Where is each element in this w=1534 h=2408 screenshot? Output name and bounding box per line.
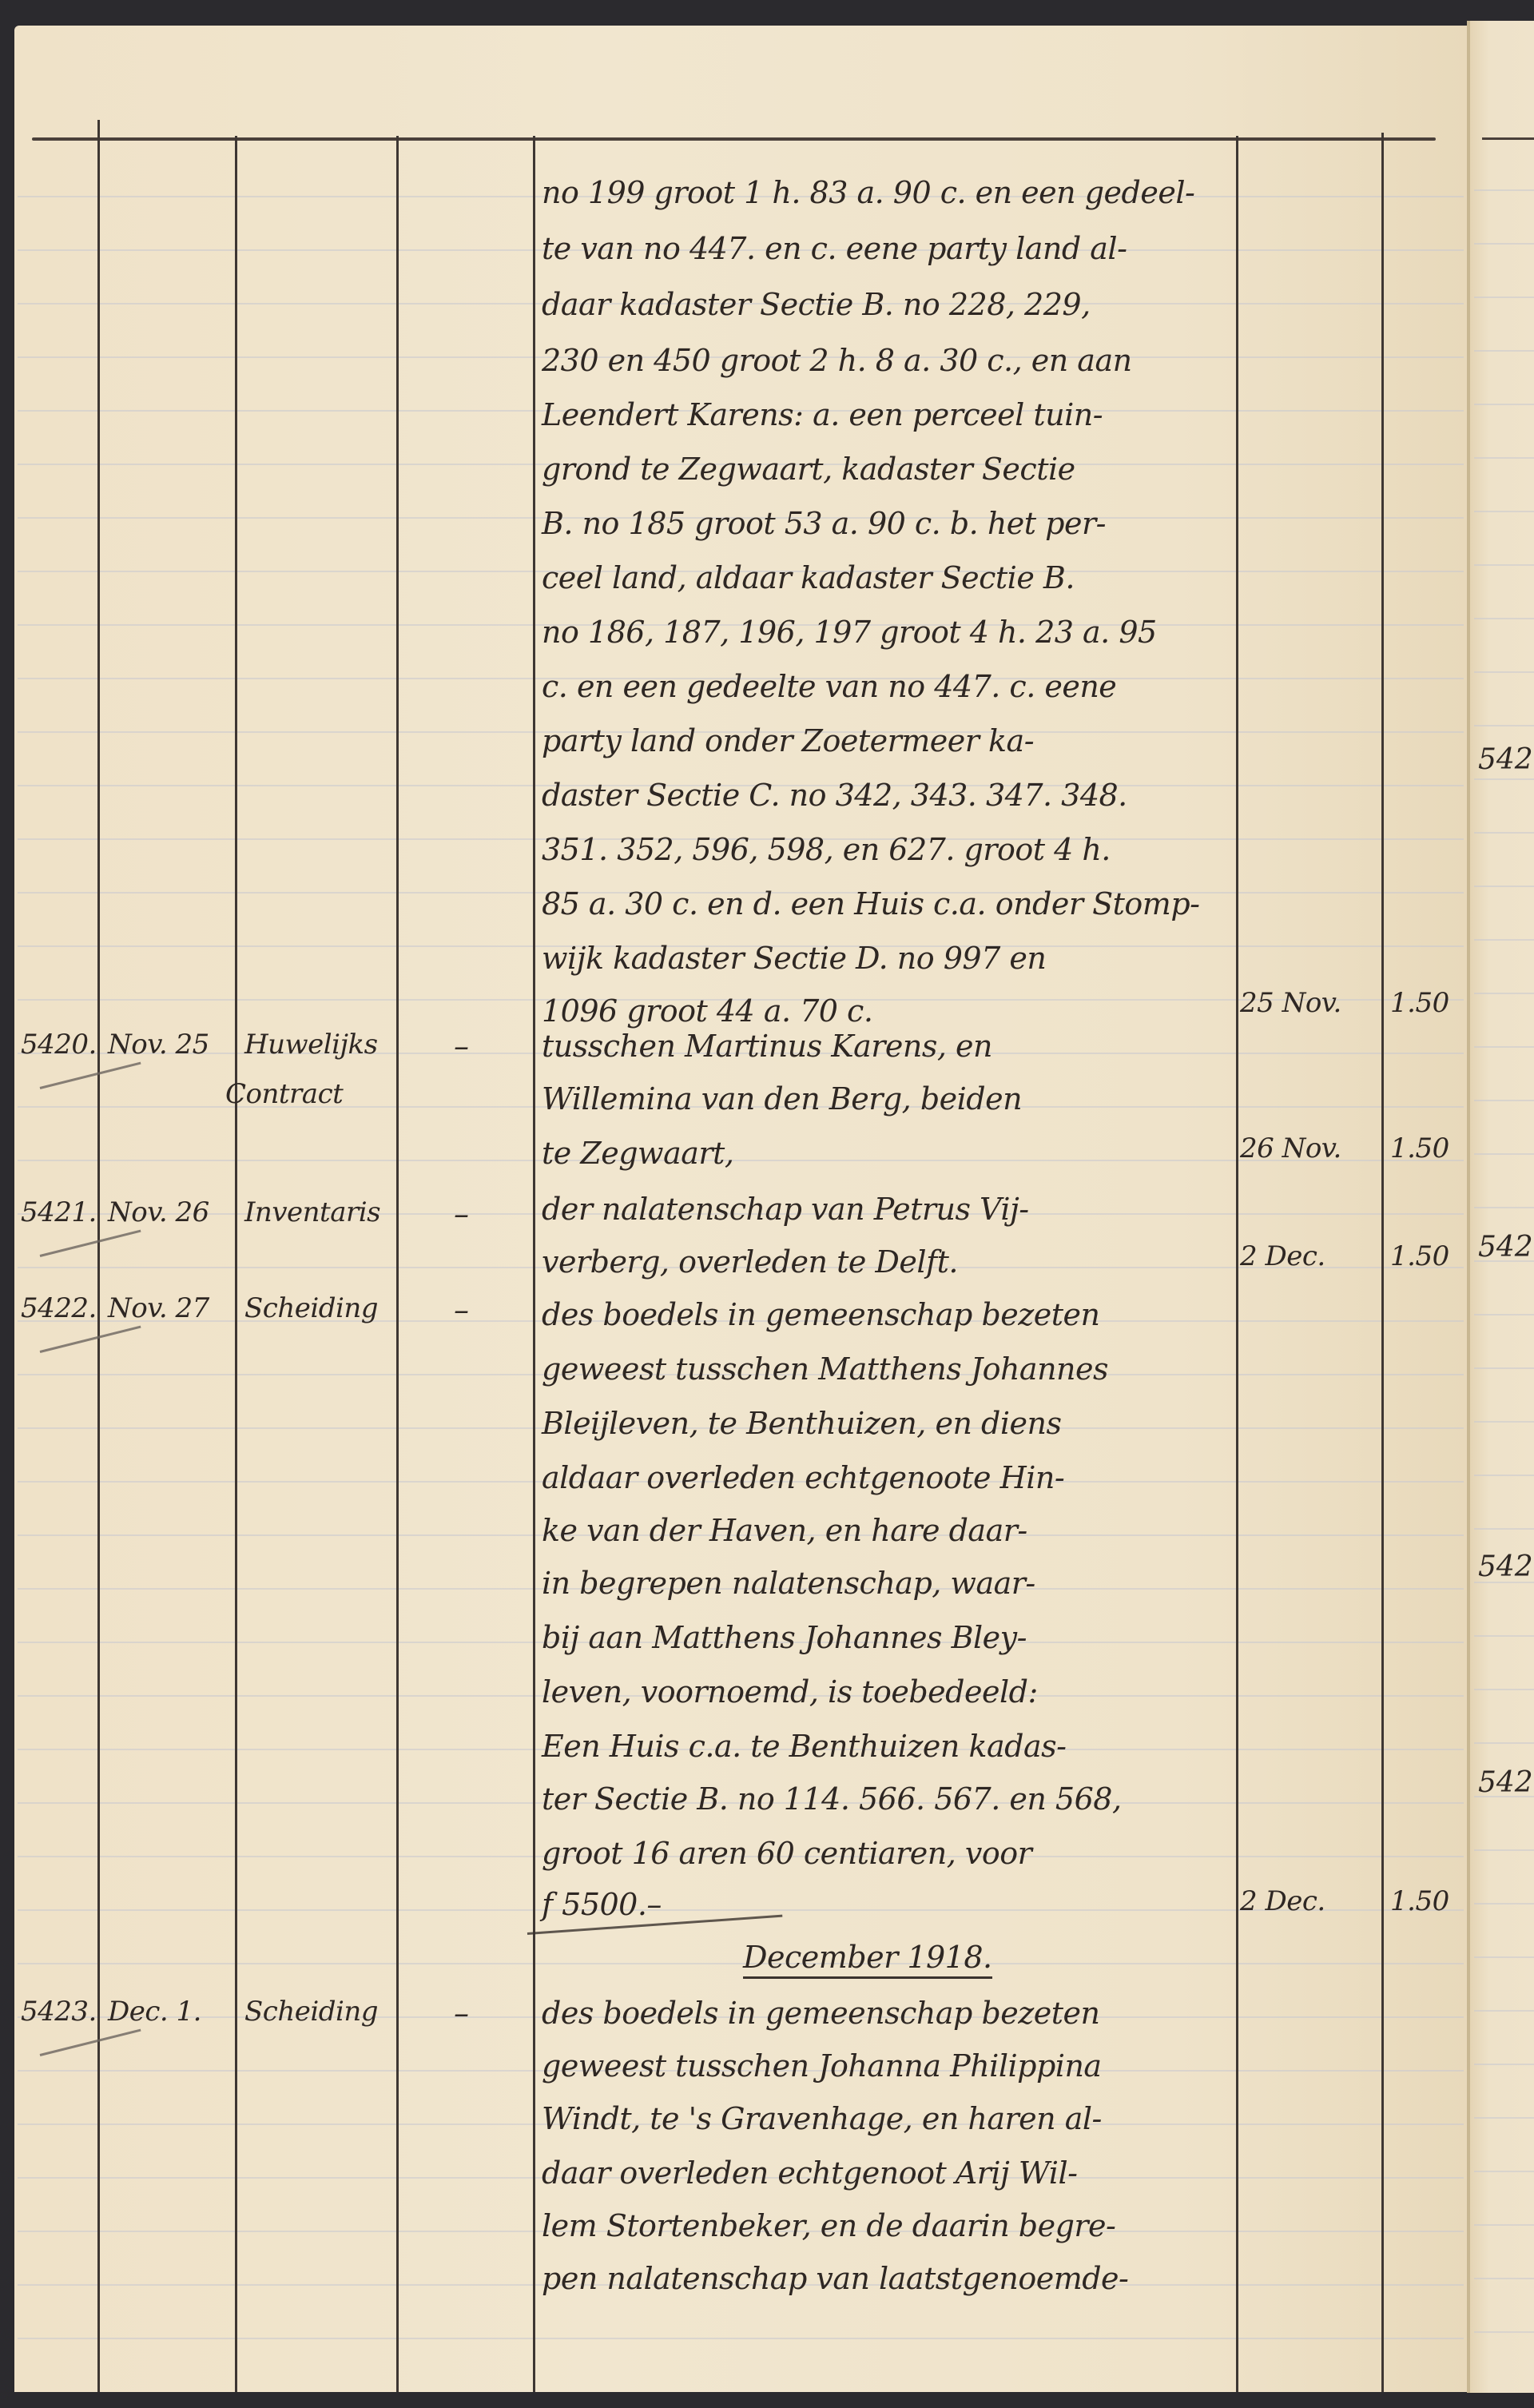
description-line: no 186, 187, 196, 197 groot 4 h. 23 a. 9… bbox=[542, 617, 1157, 647]
adjacent-ruling-line bbox=[1474, 297, 1534, 298]
description-line: party land onder Zoetermeer ka- bbox=[542, 726, 1034, 756]
registration-date: 25 Nov. bbox=[1240, 989, 1341, 1017]
description-line: daar kadaster Sectie B. no 228, 229, bbox=[542, 289, 1091, 320]
adjacent-ruling-line bbox=[1474, 671, 1534, 673]
adjacent-ruling-line bbox=[1474, 189, 1534, 191]
description-line: verberg, overleden te Delft. bbox=[542, 1247, 958, 1277]
registration-date: 2 Dec. bbox=[1240, 1888, 1325, 1915]
month-heading: December 1918. bbox=[743, 1942, 992, 1972]
entry-dash: – bbox=[454, 1998, 469, 2028]
description-line: lem Stortenbeker, en de daarin begre- bbox=[542, 2211, 1115, 2241]
description-line: bij aan Matthens Johannes Bley- bbox=[542, 1622, 1027, 1653]
adjacent-ruling-line bbox=[1474, 618, 1534, 619]
registration-date: 26 Nov. bbox=[1240, 1135, 1341, 1162]
registration-date: 2 Dec. bbox=[1240, 1243, 1325, 1270]
description-line: ter Sectie B. no 114. 566. 567. en 568, bbox=[542, 1784, 1122, 1814]
description-line: des boedels in gemeenschap bezeten bbox=[542, 1300, 1100, 1330]
adjacent-ruling-line bbox=[1474, 1903, 1534, 1905]
adjacent-ruling-line bbox=[1474, 1475, 1534, 1476]
adjacent-entry-number: 542 bbox=[1478, 1766, 1533, 1799]
column-divider-2 bbox=[235, 136, 237, 2392]
adjacent-ruling-line bbox=[1474, 350, 1534, 352]
entry-dash: – bbox=[454, 1199, 469, 1229]
entry-date: Nov. 27 bbox=[108, 1295, 209, 1322]
entry-number: 5422. bbox=[21, 1295, 97, 1322]
description-line: ke van der Haven, en hare daar- bbox=[542, 1515, 1027, 1546]
adjacent-ruling-line bbox=[1474, 1421, 1534, 1423]
description-line: 230 en 450 groot 2 h. 8 a. 30 c., en aan bbox=[542, 345, 1132, 376]
description-line: f 5500.– bbox=[542, 1889, 662, 1920]
adjacent-ruling-line bbox=[1474, 725, 1534, 726]
adjacent-ruling-line bbox=[1474, 939, 1534, 941]
description-line: te Zegwaart, bbox=[542, 1138, 733, 1168]
description-line: groot 16 aren 60 centiaren, voor bbox=[542, 1838, 1031, 1869]
adjacent-ruling-line bbox=[1474, 886, 1534, 887]
column-divider-1 bbox=[97, 120, 100, 2392]
description-line: grond te Zegwaart, kadaster Sectie bbox=[542, 454, 1075, 484]
adjacent-ruling-line bbox=[1474, 1689, 1534, 1690]
column-divider-5 bbox=[1236, 136, 1238, 2392]
adjacent-entry-number: 542 bbox=[1478, 1550, 1533, 1583]
fee-amount: 1.50 bbox=[1390, 989, 1449, 1017]
description-line: aldaar overleden echtgenoote Hin- bbox=[542, 1463, 1064, 1493]
description-line: tusschen Martinus Karens, en bbox=[542, 1031, 992, 1061]
adjacent-ruling-line bbox=[1474, 404, 1534, 405]
description-line: te van no 447. en c. eene party land al- bbox=[542, 233, 1127, 264]
description-line: no 199 groot 1 h. 83 a. 90 c. en een ged… bbox=[542, 177, 1194, 208]
description-line: B. no 185 groot 53 a. 90 c. b. het per- bbox=[542, 508, 1106, 539]
entry-act-type: Scheiding bbox=[244, 1295, 378, 1322]
entry-number: 5423. bbox=[21, 1998, 97, 2025]
adjacent-ruling-line bbox=[1474, 1153, 1534, 1155]
adjacent-ruling-line bbox=[1474, 2117, 1534, 2119]
entry-date: Nov. 26 bbox=[108, 1199, 209, 1226]
adjacent-ruling-line bbox=[1474, 832, 1534, 834]
fee-amount: 1.50 bbox=[1390, 1243, 1449, 1270]
description-line: Een Huis c.a. te Benthuizen kadas- bbox=[542, 1731, 1066, 1761]
entry-number: 5420. bbox=[21, 1031, 97, 1058]
description-line: geweest tusschen Matthens Johannes bbox=[542, 1354, 1108, 1384]
adjacent-ruling-line bbox=[1474, 778, 1534, 780]
adjacent-ruling-line bbox=[1474, 511, 1534, 512]
description-line: pen nalatenschap van laatstgenoemde- bbox=[542, 2263, 1128, 2294]
entry-act-type: Contract bbox=[225, 1081, 343, 1108]
description-line: in begrepen nalatenschap, waar- bbox=[542, 1568, 1035, 1598]
description-line: des boedels in gemeenschap bezeten bbox=[542, 1998, 1100, 2028]
adjacent-ruling-line bbox=[1474, 1367, 1534, 1369]
entry-dash: – bbox=[454, 1295, 469, 1325]
description-line: 1096 groot 44 a. 70 c. bbox=[542, 996, 872, 1026]
adjacent-ruling-line bbox=[1474, 564, 1534, 566]
adjacent-ruling-line bbox=[1474, 2224, 1534, 2226]
adjacent-ruling-line bbox=[1474, 457, 1534, 459]
adjacent-header-rule bbox=[1482, 137, 1534, 140]
entry-act-type: Inventaris bbox=[244, 1199, 380, 1226]
description-line: c. en een gedeelte van no 447. c. eene bbox=[542, 671, 1116, 702]
adjacent-entry-number: 542 bbox=[1478, 1231, 1533, 1264]
adjacent-ruling-line bbox=[1474, 1849, 1534, 1851]
entry-number: 5421. bbox=[21, 1199, 97, 1226]
description-line: Willemina van den Berg, beiden bbox=[542, 1084, 1022, 1114]
entry-date: Nov. 25 bbox=[108, 1031, 209, 1058]
adjacent-ruling-line bbox=[1474, 1528, 1534, 1530]
adjacent-ruling-line bbox=[1474, 1046, 1534, 1048]
description-line: 351. 352, 596, 598, en 627. groot 4 h. bbox=[542, 834, 1111, 865]
entry-date: Dec. 1. bbox=[108, 1998, 201, 2025]
adjacent-ruling-line bbox=[1474, 1207, 1534, 1208]
description-line: daster Sectie C. no 342, 343. 347. 348. bbox=[542, 780, 1127, 810]
column-divider-3 bbox=[396, 136, 399, 2392]
description-line: Bleijleven, te Benthuizen, en diens bbox=[542, 1408, 1061, 1439]
description-line: ceel land, aldaar kadaster Sectie B. bbox=[542, 563, 1075, 593]
header-rule bbox=[32, 137, 1436, 141]
description-line: geweest tusschen Johanna Philippina bbox=[542, 2051, 1102, 2081]
adjacent-ruling-line bbox=[1474, 2331, 1534, 2333]
adjacent-ruling-line bbox=[1474, 1742, 1534, 1744]
description-line: wijk kadaster Sectie D. no 997 en bbox=[542, 943, 1046, 973]
description-line: Windt, te 's Gravenhage, en haren al- bbox=[542, 2104, 1102, 2134]
description-line: leven, voornoemd, is toebedeeld: bbox=[542, 1677, 1038, 1707]
entry-act-type: Scheiding bbox=[244, 1998, 378, 2025]
adjacent-entry-number: 542 bbox=[1478, 743, 1533, 776]
column-divider-6 bbox=[1381, 133, 1384, 2392]
adjacent-ruling-line bbox=[1474, 2278, 1534, 2279]
adjacent-ruling-line bbox=[1474, 2010, 1534, 2012]
adjacent-ruling-line bbox=[1474, 1635, 1534, 1637]
description-line: der nalatenschap van Petrus Vij- bbox=[542, 1194, 1029, 1224]
adjacent-ruling-line bbox=[1474, 993, 1534, 994]
description-line: Leendert Karens: a. een perceel tuin- bbox=[542, 400, 1103, 430]
description-line: 85 a. 30 c. en d. een Huis c.a. onder St… bbox=[542, 889, 1199, 919]
adjacent-ruling-line bbox=[1474, 1956, 1534, 1958]
fee-amount: 1.50 bbox=[1390, 1135, 1449, 1162]
fee-amount: 1.50 bbox=[1390, 1888, 1449, 1915]
adjacent-ruling-line bbox=[1474, 2064, 1534, 2065]
entry-dash: – bbox=[454, 1031, 469, 1061]
adjacent-ruling-line bbox=[1474, 243, 1534, 245]
entry-act-type: Huwelijks bbox=[244, 1031, 378, 1058]
adjacent-ruling-line bbox=[1474, 2171, 1534, 2172]
adjacent-ruling-line bbox=[1474, 1314, 1534, 1315]
column-divider-4 bbox=[533, 136, 535, 2392]
month-heading-text: December 1918. bbox=[743, 1940, 992, 1979]
description-line: daar overleden echtgenoot Arij Wil- bbox=[542, 2158, 1077, 2188]
adjacent-ruling-line bbox=[1474, 1100, 1534, 1101]
